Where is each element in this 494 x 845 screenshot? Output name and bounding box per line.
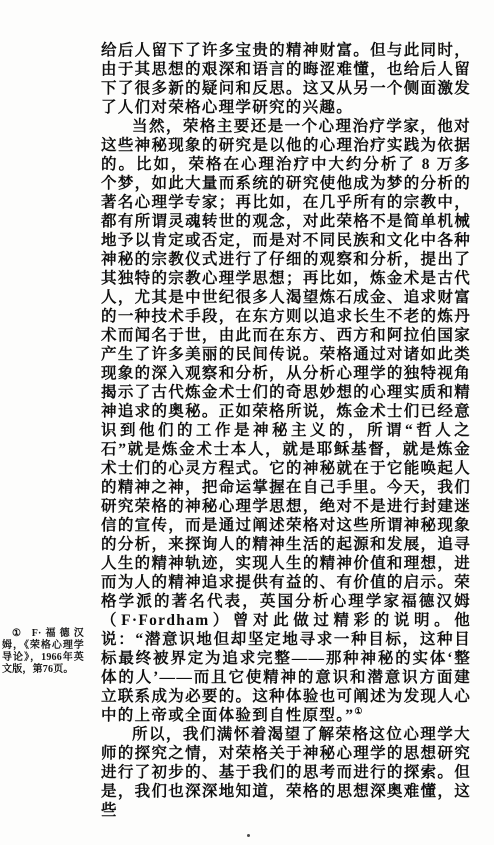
book-page: ① F·福德汉姆，《荣格心理学导论》，1966年英文版，第76页。 给后人留下了… — [0, 0, 494, 845]
paragraph-main-text: 当然，荣格主要还是一个心理治疗学家，他对这些神秘现象的研究是以他的心理治疗实践为… — [101, 118, 471, 724]
paragraph-continuation: 给后人留下了许多宝贵的精神财富。但与此同时，由于其思想的艰深和语言的晦涩难懂，也… — [101, 41, 471, 117]
paragraph-main: 当然，荣格主要还是一个心理治疗学家，他对这些神秘现象的研究是以他的心理治疗实践为… — [101, 117, 471, 725]
paragraph-closing: 所以，我们满怀着渴望了解荣格这位心理学大师的探究之情，对荣格关于神秘心理学的思想… — [101, 725, 471, 820]
margin-footnote: ① F·福德汉姆，《荣格心理学导论》，1966年英文版，第76页。 — [2, 628, 84, 676]
footnote-marker: ① — [354, 706, 362, 716]
scan-artifact-dot — [247, 834, 250, 837]
main-text: 给后人留下了许多宝贵的精神财富。但与此同时，由于其思想的艰深和语言的晦涩难懂，也… — [101, 41, 471, 820]
